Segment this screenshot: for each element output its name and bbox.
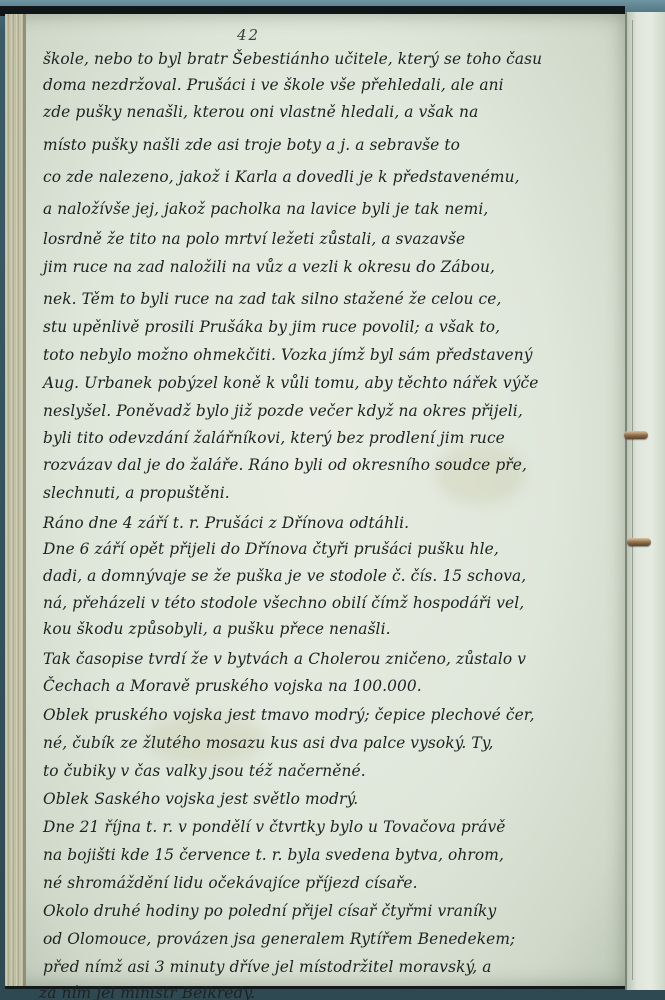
text-line: losrdně že tito na polo mrtví ležeti zůs… <box>43 230 465 248</box>
text-line: Aug. Urbanek pobýzel koně k vůli tomu, a… <box>43 374 538 392</box>
text-line: dadi, a domnývaje se že puška je ve stod… <box>43 567 526 585</box>
text-line: místo pušky našli zde asi troje boty a j… <box>43 136 460 154</box>
text-line: Tak časopise tvrdí že v bytvách a Choler… <box>43 650 526 668</box>
text-line: co zde nalezeno, jakož i Karla a dovedli… <box>43 168 520 186</box>
text-line: Okolo druhé hodiny po polední přijel cís… <box>43 902 496 920</box>
text-line: Oblek Saského vojska jest světlo modrý. <box>43 790 358 808</box>
text-line: neslyšel. Poněvadž bylo již pozde večer … <box>43 402 523 420</box>
binding-thread-stitch <box>624 431 648 439</box>
text-line: toto nebylo možno ohmekčiti. Vozka jímž … <box>43 346 533 364</box>
handwritten-text-body: škole, nebo to byl bratr Šebestiánho uči… <box>5 14 625 986</box>
text-line: to čubiky v čas valky jsou též načerněné… <box>43 762 366 780</box>
text-line: né, čubík ze žlutého mosazu kus asi dva … <box>43 734 494 752</box>
text-line: doma nezdržoval. Prušáci i ve škole vše … <box>43 76 504 94</box>
text-line: Dne 6 září opět přijeli do Dřínova čtyři… <box>43 540 499 558</box>
text-line: od Olomouce, provázen jsa generalem Rytí… <box>43 930 515 948</box>
text-line: Čechach a Moravě pruského vojska na 100.… <box>43 677 422 695</box>
text-line: zde pušky nenašli, kterou oni vlastně hl… <box>43 103 478 121</box>
scanned-book-scene: 42 škole, nebo to byl bratr Šebestiánho … <box>0 0 665 1000</box>
text-line: rozvázav dal je do žaláře. Ráno byli od … <box>43 456 527 474</box>
text-line: né shromáždění lidu očekávajíce příjezd … <box>43 874 418 892</box>
text-line: byli tito odevzdání žalářníkovi, který b… <box>43 429 505 447</box>
text-line: stu upěnlivě prosili Prušáka by jim ruce… <box>43 318 500 336</box>
text-line: jim ruce na zad naložili na vůz a vezli … <box>43 258 495 276</box>
text-line: Dne 21 října t. r. v pondělí v čtvrtky b… <box>43 818 506 836</box>
text-line: nek. Těm to byli ruce na zad tak silno s… <box>43 290 501 308</box>
text-line: před nímž asi 3 minuty dříve jel místodr… <box>43 958 492 976</box>
text-line: Ráno dne 4 září t. r. Prušáci z Dřínova … <box>43 514 409 532</box>
text-line: a naložívše jej, jakož pacholka na lavic… <box>43 200 488 218</box>
text-line: za ním jel ministr Belkredy. <box>39 984 255 1000</box>
text-line: ná, přeházeli v této stodole všechno obi… <box>43 594 524 612</box>
manuscript-page: 42 škole, nebo to byl bratr Šebestiánho … <box>5 14 625 989</box>
text-line: na bojišti kde 15 července t. r. byla sv… <box>43 846 504 864</box>
text-line: Oblek pruského vojska jest tmavo modrý; … <box>43 706 535 724</box>
binding-thread-stitch <box>627 538 651 546</box>
text-line: škole, nebo to byl bratr Šebestiánho uči… <box>43 50 542 68</box>
gutter-line <box>632 20 633 980</box>
text-line: kou škodu způsobyli, a pušku přece nenaš… <box>43 620 391 638</box>
text-line: slechnuti, a propuštěni. <box>43 484 230 502</box>
adjacent-page-edge <box>625 12 665 990</box>
